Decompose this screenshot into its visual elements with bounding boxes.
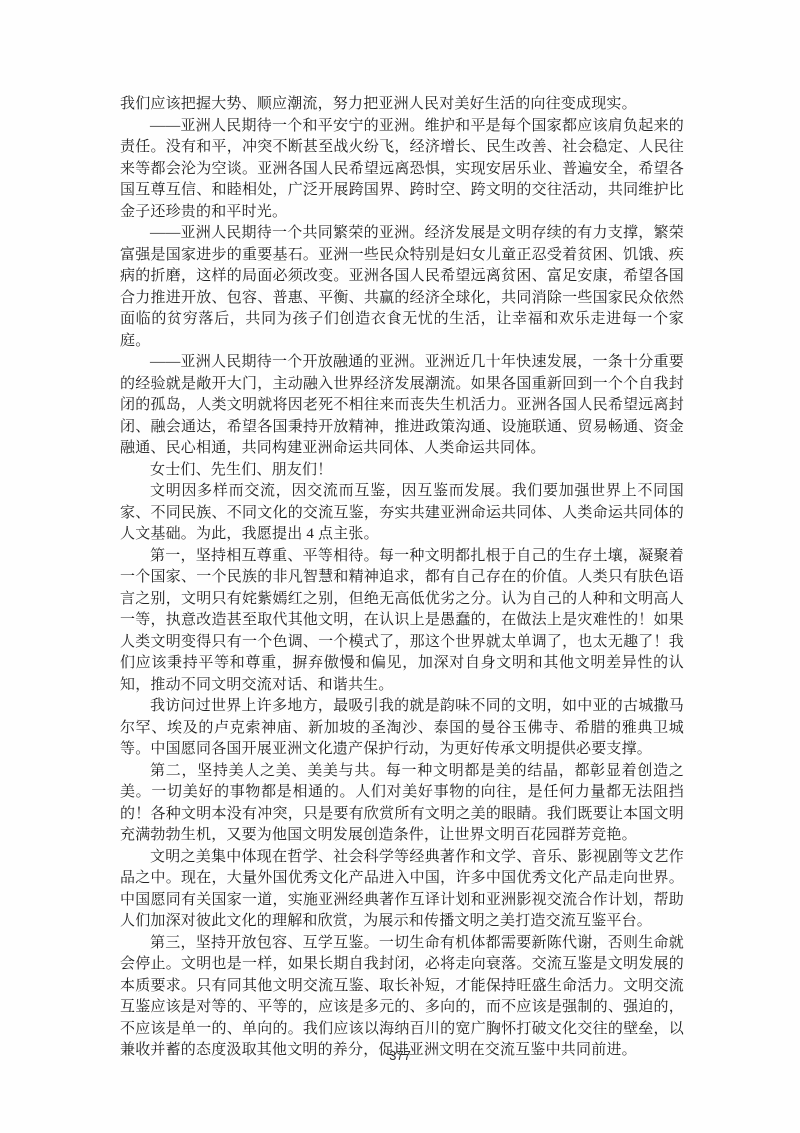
paragraph-4: ——亚洲人民期待一个开放融通的亚洲。亚洲近几十年快速发展，一条十分重要的经验就是… (120, 352, 684, 460)
paragraph-7: 第一，坚持相互尊重、平等相待。每一种文明都扎根于自己的生存土壤，凝聚着一个国家、… (120, 546, 684, 697)
paragraph-2: ——亚洲人民期待一个和平安宁的亚洲。维护和平是每个国家都应该肩负起来的责任。没有… (120, 116, 684, 224)
paragraph-1: 我们应该把握大势、顺应潮流，努力把亚洲人民对美好生活的向往变成现实。 (120, 94, 684, 116)
paragraph-3: ——亚洲人民期待一个共同繁荣的亚洲。经济发展是文明存续的有力支撑，繁荣富强是国家… (120, 223, 684, 352)
paragraph-5: 女士们、先生们、朋友们！ (120, 460, 684, 482)
page-number: 377 (0, 1048, 800, 1063)
paragraph-11: 第三，坚持开放包容、互学互鉴。一切生命有机体都需要新陈代谢，否则生命就会停止。文… (120, 933, 684, 1062)
document-page: 我们应该把握大势、顺应潮流，努力把亚洲人民对美好生活的向往变成现实。 ——亚洲人… (0, 0, 800, 1133)
paragraph-10: 文明之美集中体现在哲学、社会科学等经典著作和文学、音乐、影视剧等文艺作品之中。现… (120, 847, 684, 933)
paragraph-8: 我访问过世界上许多地方，最吸引我的就是韵味不同的文明，如中亚的古城撒马尔罕、埃及… (120, 696, 684, 761)
document-body: 我们应该把握大势、顺应潮流，努力把亚洲人民对美好生活的向往变成现实。 ——亚洲人… (120, 94, 684, 1062)
paragraph-6: 文明因多样而交流，因交流而互鉴，因互鉴而发展。我们要加强世界上不同国家、不同民族… (120, 481, 684, 546)
paragraph-9: 第二，坚持美人之美、美美与共。每一种文明都是美的结晶，都彰显着创造之美。一切美好… (120, 761, 684, 847)
